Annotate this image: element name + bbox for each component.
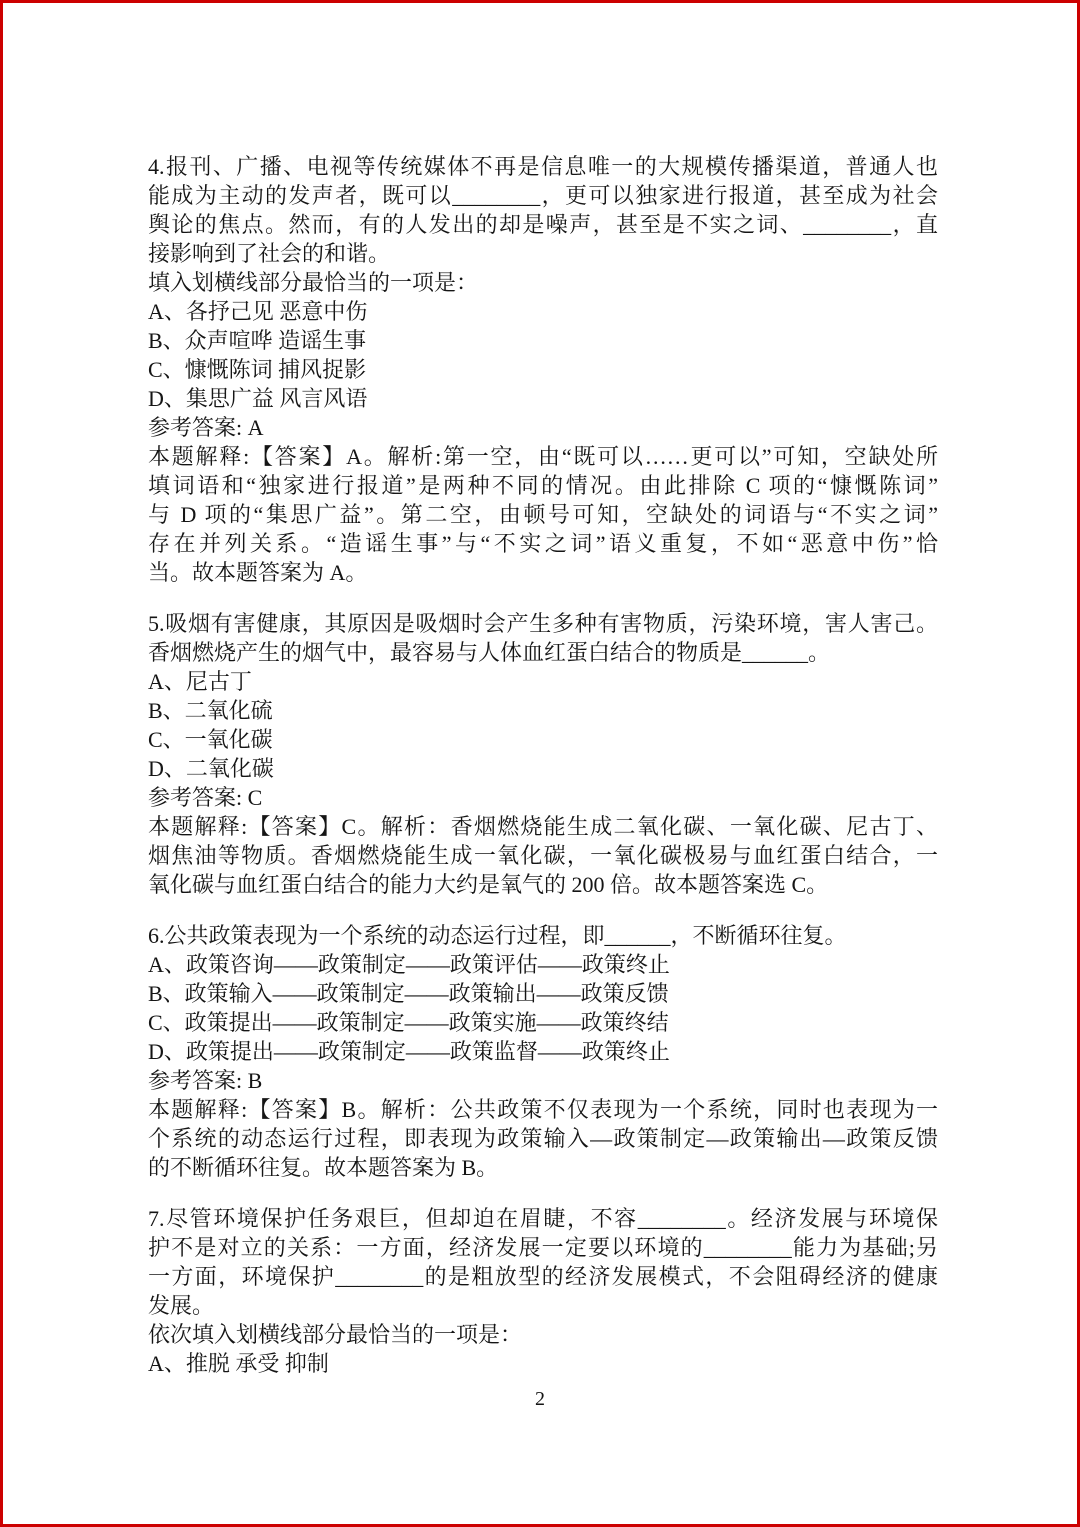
answer-line: 参考答案: A — [148, 413, 938, 442]
option-a-line: A、推脱 承受 抑制 — [148, 1349, 938, 1378]
page-number: 2 — [0, 1387, 1080, 1411]
question-6-block: 6.公共政策表现为一个系统的动态运行过程，即______，不断循环往复。 A、政… — [148, 921, 938, 1182]
explanation-line: 存在并列关系。“造谣生事”与“不实之词”语义重复，不如“恶意中伤”恰 — [148, 529, 938, 558]
question-text-line: 发展。 — [148, 1291, 938, 1320]
question-7-block: 7.尽管环境保护任务艰巨，但却迫在眉睫，不容________。经济发展与环境保 … — [148, 1204, 938, 1378]
option-c-line: C、慷慨陈词 捕风捉影 — [148, 355, 938, 384]
answer-line: 参考答案: B — [148, 1066, 938, 1095]
explanation-line: 烟焦油等物质。香烟燃烧能生成一氧化碳，一氧化碳极易与血红蛋白结合，一 — [148, 841, 938, 870]
option-b-line: B、众声喧哗 造谣生事 — [148, 326, 938, 355]
option-c-line: C、一氧化碳 — [148, 725, 938, 754]
option-c-line: C、政策提出——政策制定——政策实施——政策终结 — [148, 1008, 938, 1037]
question-text-line: 4.报刊、广播、电视等传统媒体不再是信息唯一的大规模传播渠道，普通人也 — [148, 152, 938, 181]
option-a-line: A、政策咨询——政策制定——政策评估——政策终止 — [148, 950, 938, 979]
explanation-line: 本题解释:【答案】C。解析：香烟燃烧能生成二氧化碳、一氧化碳、尼古丁、 — [148, 812, 938, 841]
explanation-line: 个系统的动态运行过程，即表现为政策输入—政策制定—政策输出—政策反馈 — [148, 1124, 938, 1153]
question-text-line: 6.公共政策表现为一个系统的动态运行过程，即______，不断循环往复。 — [148, 921, 938, 950]
question-prompt-line: 依次填入划横线部分最恰当的一项是： — [148, 1320, 938, 1349]
question-4-block: 4.报刊、广播、电视等传统媒体不再是信息唯一的大规模传播渠道，普通人也 能成为主… — [148, 152, 938, 587]
question-5-block: 5.吸烟有害健康，其原因是吸烟时会产生多种有害物质，污染环境，害人害己。 香烟燃… — [148, 609, 938, 899]
option-a-line: A、尼古丁 — [148, 667, 938, 696]
explanation-line: 本题解释:【答案】B。解析：公共政策不仅表现为一个系统，同时也表现为一 — [148, 1095, 938, 1124]
explanation-line: 氧化碳与血红蛋白结合的能力大约是氧气的 200 倍。故本题答案选 C。 — [148, 870, 938, 899]
option-d-line: D、集思广益 风言风语 — [148, 384, 938, 413]
question-text-line: 能成为主动的发声者，既可以________，更可以独家进行报道，甚至成为社会 — [148, 181, 938, 210]
question-text-line: 7.尽管环境保护任务艰巨，但却迫在眉睫，不容________。经济发展与环境保 — [148, 1204, 938, 1233]
explanation-line: 填词语和“独家进行报道”是两种不同的情况。由此排除 C 项的“慷慨陈词” — [148, 471, 938, 500]
option-d-line: D、二氧化碳 — [148, 754, 938, 783]
document-body: 4.报刊、广播、电视等传统媒体不再是信息唯一的大规模传播渠道，普通人也 能成为主… — [148, 152, 938, 1378]
answer-line: 参考答案: C — [148, 783, 938, 812]
question-text-line: 一方面，环境保护________的是粗放型的经济发展模式，不会阻碍经济的健康 — [148, 1262, 938, 1291]
option-a-line: A、各抒己见 恶意中伤 — [148, 297, 938, 326]
explanation-line: 本题解释:【答案】A。解析:第一空，由“既可以……更可以”可知，空缺处所 — [148, 442, 938, 471]
option-d-line: D、政策提出——政策制定——政策监督——政策终止 — [148, 1037, 938, 1066]
question-text-line: 舆论的焦点。然而，有的人发出的却是噪声，甚至是不实之词、________，直 — [148, 210, 938, 239]
question-text-line: 香烟燃烧产生的烟气中，最容易与人体血红蛋白结合的物质是______。 — [148, 638, 938, 667]
explanation-line: 与 D 项的“集思广益”。第二空，由顿号可知，空缺处的词语与“不实之词” — [148, 500, 938, 529]
question-text-line: 护不是对立的关系：一方面，经济发展一定要以环境的________能力为基础;另 — [148, 1233, 938, 1262]
question-text-line: 5.吸烟有害健康，其原因是吸烟时会产生多种有害物质，污染环境，害人害己。 — [148, 609, 938, 638]
question-prompt-line: 填入划横线部分最恰当的一项是： — [148, 268, 938, 297]
question-text-line: 接影响到了社会的和谐。 — [148, 239, 938, 268]
explanation-line: 当。故本题答案为 A。 — [148, 558, 938, 587]
option-b-line: B、政策输入——政策制定——政策输出——政策反馈 — [148, 979, 938, 1008]
explanation-line: 的不断循环往复。故本题答案为 B。 — [148, 1153, 938, 1182]
option-b-line: B、二氧化硫 — [148, 696, 938, 725]
